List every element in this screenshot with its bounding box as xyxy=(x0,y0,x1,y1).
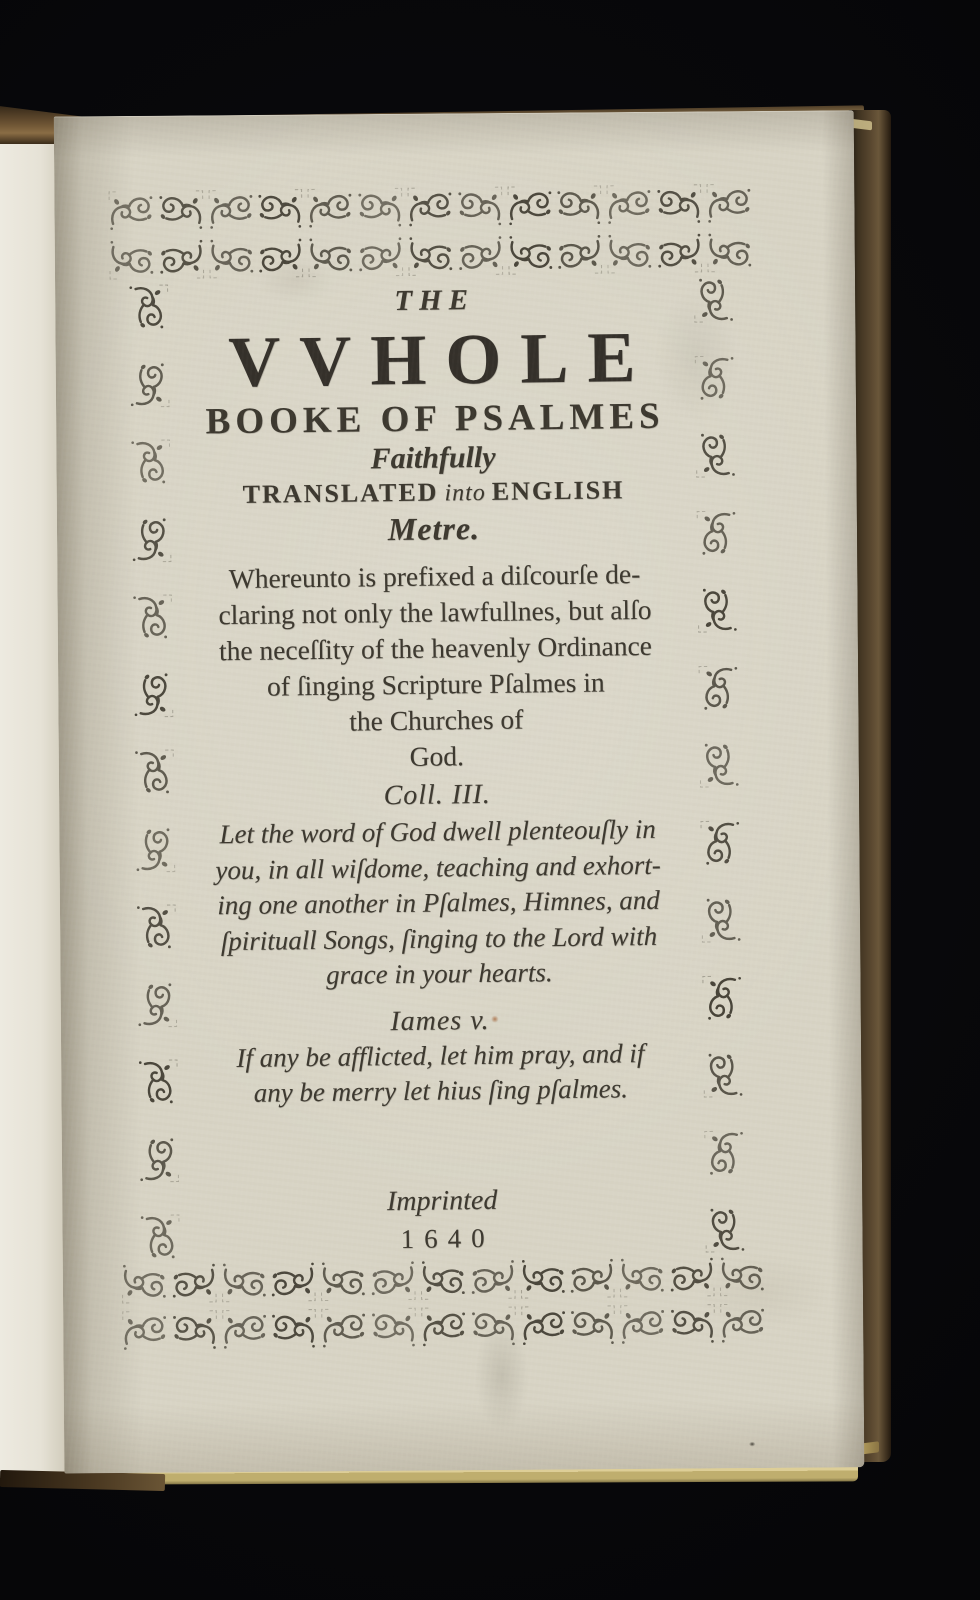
fleuron-row xyxy=(108,183,752,235)
fleuron-ornament-icon xyxy=(207,189,254,232)
fleuron-ornament-icon xyxy=(221,1261,268,1304)
fleuron-row xyxy=(121,1303,765,1355)
ornament-border-top xyxy=(108,183,753,283)
fleuron-ornament-icon xyxy=(701,974,744,1021)
discourse-paragraph: Whereunto is prefixed a diſcourſe de- cl… xyxy=(190,556,681,778)
fleuron-ornament-icon xyxy=(700,819,743,866)
fleuron-ornament-icon xyxy=(420,1258,467,1301)
ornament-frame: THE VVHOLE BOOKE OF PSALMES Faithfully T… xyxy=(108,183,766,1355)
fleuron-ornament-icon xyxy=(706,231,753,274)
fleuron-ornament-icon xyxy=(457,234,504,277)
fleuron-ornament-icon xyxy=(506,185,553,228)
fleuron-ornament-icon xyxy=(620,1304,667,1347)
fleuron-ornament-icon xyxy=(556,184,603,227)
fleuron-ornament-icon xyxy=(656,183,703,226)
fleuron-ornament-icon xyxy=(108,238,155,281)
fleuron-ornament-icon xyxy=(221,1309,268,1352)
fleuron-ornament-icon xyxy=(470,1258,517,1301)
fleuron-ornament-icon xyxy=(699,742,742,789)
fleuron-ornament-icon xyxy=(420,1306,467,1349)
fleuron-ornament-icon xyxy=(320,1259,367,1302)
fleuron-ornament-icon xyxy=(370,1259,417,1302)
fleuron-ornament-icon xyxy=(607,232,654,275)
fleuron-ornament-icon xyxy=(570,1304,617,1347)
fleuron-ornament-icon xyxy=(128,361,171,408)
fleuron-ornament-icon xyxy=(121,1262,168,1305)
fleuron-ornament-icon xyxy=(669,1255,716,1298)
fleuron-ornament-icon xyxy=(131,594,174,641)
fleuron-ornament-icon xyxy=(519,1257,566,1300)
colossians-heading: Coll. III. xyxy=(193,776,681,816)
fleuron-ornament-icon xyxy=(693,277,736,324)
subtitle: BOOKE OF PSALMES xyxy=(188,395,677,445)
fleuron-ornament-icon xyxy=(271,1308,318,1351)
ornament-border-bottom xyxy=(121,1255,766,1355)
fleuron-ornament-icon xyxy=(719,1303,766,1346)
fleuron-ornament-icon xyxy=(619,1256,666,1299)
fleuron-ornament-icon xyxy=(695,432,738,479)
fleuron-ornament-icon xyxy=(321,1307,368,1350)
fleuron-ornament-icon xyxy=(696,509,739,556)
ornament-border-right xyxy=(675,275,765,1256)
fleuron-ornament-icon xyxy=(700,897,743,944)
ornament-border-left xyxy=(109,282,199,1263)
fleuron-ornament-icon xyxy=(127,284,170,331)
metre-line: Metre. xyxy=(190,508,678,550)
fleuron-ornament-icon xyxy=(135,981,178,1028)
fleuron-ornament-icon xyxy=(358,235,405,278)
fleuron-ornament-icon xyxy=(308,236,355,279)
translated-line: TRANSLATEDintoENGLISH xyxy=(189,473,677,514)
fleuron-ornament-icon xyxy=(569,1256,616,1299)
colossians-quote: Let the word of God dwell plenteouſly in… xyxy=(193,812,683,995)
fleuron-ornament-icon xyxy=(470,1306,517,1349)
fleuron-ornament-icon xyxy=(407,186,454,229)
fleuron-ornament-icon xyxy=(520,1305,567,1348)
fleuron-ornament-icon xyxy=(656,231,703,274)
fleuron-ornament-icon xyxy=(698,664,741,711)
fleuron-ornament-icon xyxy=(158,189,205,232)
fleuron-ornament-icon xyxy=(257,188,304,231)
imprint-year: 1640 xyxy=(198,1219,686,1258)
fleuron-ornament-icon xyxy=(108,190,155,233)
kicker-the: THE xyxy=(187,282,675,321)
fleuron-ornament-icon xyxy=(138,1214,181,1261)
fleuron-ornament-icon xyxy=(694,354,737,401)
james-quote: If any be afflicted, let him pray, and i… xyxy=(196,1035,685,1111)
fleuron-ornament-icon xyxy=(719,1255,766,1298)
fleuron-ornament-icon xyxy=(208,237,255,280)
fleuron-row xyxy=(108,231,752,283)
fleuron-ornament-icon xyxy=(130,516,173,563)
fleuron-row xyxy=(121,1255,765,1307)
fleuron-ornament-icon xyxy=(134,826,177,873)
fleuron-ornament-icon xyxy=(670,1303,717,1346)
fleuron-ornament-icon xyxy=(697,587,740,634)
fleuron-ornament-icon xyxy=(704,1207,747,1254)
fleuron-ornament-icon xyxy=(371,1307,418,1350)
imprint-label: Imprinted xyxy=(198,1181,686,1221)
photo-background: THE VVHOLE BOOKE OF PSALMES Faithfully T… xyxy=(0,0,980,1600)
fleuron-ornament-icon xyxy=(137,1136,180,1183)
fleuron-ornament-icon xyxy=(121,1310,168,1353)
fleuron-ornament-icon xyxy=(171,1309,218,1352)
fleuron-ornament-icon xyxy=(132,671,175,718)
fleuron-ornament-icon xyxy=(706,183,753,226)
fleuron-ornament-icon xyxy=(171,1261,218,1304)
fleuron-ornament-icon xyxy=(129,439,172,486)
fleuron-ornament-icon xyxy=(507,233,554,276)
main-title: VVHOLE xyxy=(187,319,676,401)
fleuron-ornament-icon xyxy=(557,232,604,275)
fleuron-ornament-icon xyxy=(457,186,504,229)
fleuron-ornament-icon xyxy=(703,1129,746,1176)
fleuron-ornament-icon xyxy=(258,236,305,279)
fleuron-ornament-icon xyxy=(135,904,178,951)
fleuron-ornament-icon xyxy=(307,188,354,231)
title-page: THE VVHOLE BOOKE OF PSALMES Faithfully T… xyxy=(54,110,865,1473)
fleuron-ornament-icon xyxy=(158,237,205,280)
fleuron-ornament-icon xyxy=(606,184,653,227)
fleuron-ornament-icon xyxy=(702,1052,745,1099)
fleuron-ornament-icon xyxy=(357,187,404,230)
fleuron-ornament-icon xyxy=(133,749,176,796)
fleuron-ornament-icon xyxy=(136,1059,179,1106)
fleuron-ornament-icon xyxy=(407,234,454,277)
title-page-text: THE VVHOLE BOOKE OF PSALMES Faithfully T… xyxy=(187,276,687,1262)
fleuron-ornament-icon xyxy=(270,1260,317,1303)
